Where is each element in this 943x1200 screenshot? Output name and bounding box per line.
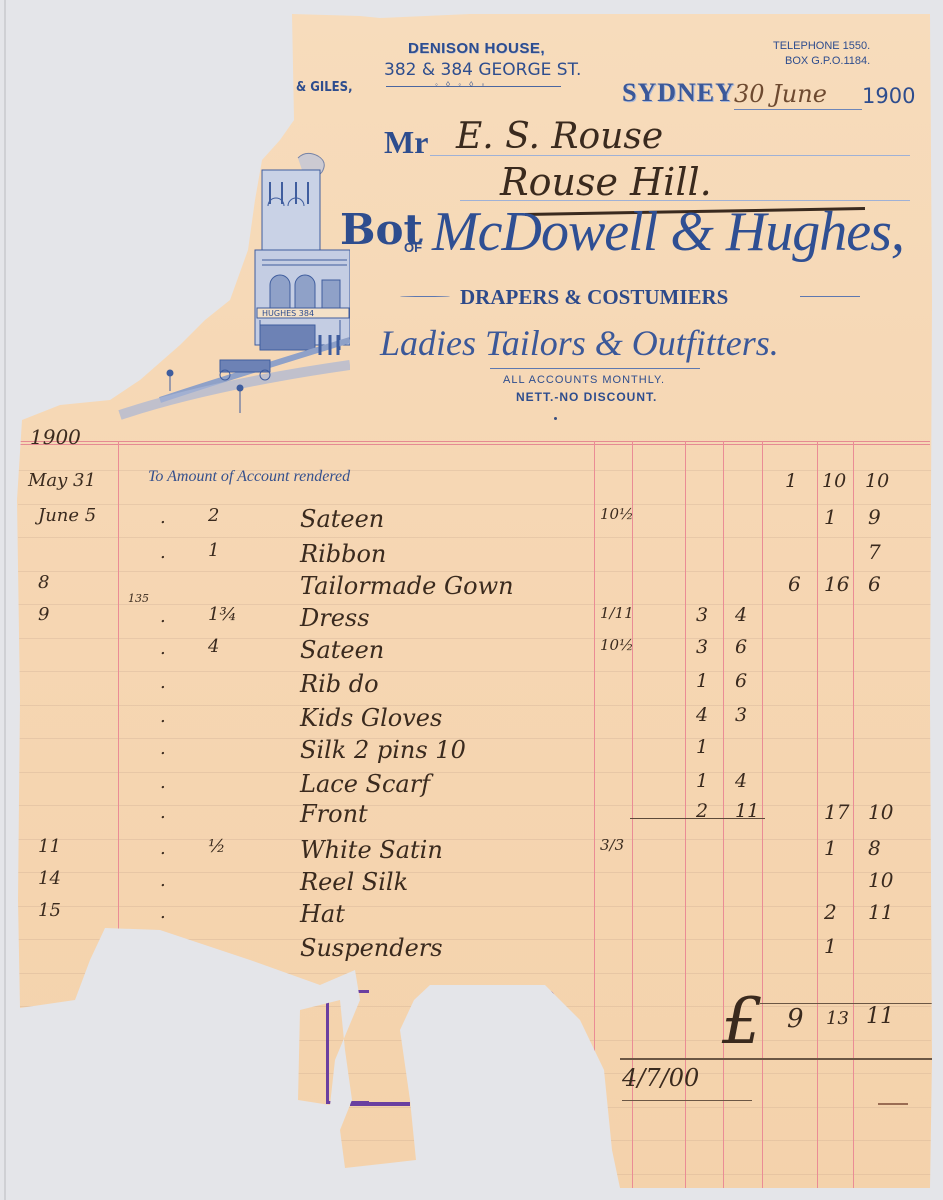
item-date: 11 (38, 836, 61, 857)
trade-line-tailors: Ladies Tailors & Outfitters. (380, 322, 779, 364)
item-total-shillings: 1 (824, 934, 837, 958)
item-total-shillings: 1 (824, 505, 837, 529)
sub-pence-rule (723, 441, 724, 1200)
item-quantity: ½ (208, 836, 225, 857)
item-total-pence: 7 (868, 540, 881, 564)
item-quantity: 1¾ (208, 604, 237, 625)
margin-note: 135 (128, 592, 149, 605)
item-subtotal-shillings: 1 (696, 770, 708, 792)
faint-rule-line (18, 638, 931, 639)
terms-monthly: ALL ACCOUNTS MONTHLY. (503, 374, 665, 386)
shop-building-engraving: HUGHES 384 (110, 140, 350, 420)
item-date: 14 (38, 868, 61, 889)
ditto-dot: . (160, 902, 166, 923)
item-subtotal-shillings: 4 (696, 704, 708, 726)
ditto-dot: . (160, 507, 166, 528)
ledger-year: 1900 (30, 425, 81, 449)
invoice-paper: & GILES, DENISON HOUSE, 382 & 384 GEORGE… (0, 0, 943, 1200)
total-bottom-rule (620, 1058, 932, 1060)
ditto-dot: . (160, 838, 166, 859)
date-underline (734, 109, 862, 110)
faint-rule-line (18, 772, 931, 773)
item-date: 8 (38, 572, 49, 593)
item-date: 15 (38, 900, 61, 921)
subtotal-rule (630, 818, 765, 819)
item-rate: 10½ (600, 505, 634, 523)
account-rendered-shillings: 10 (822, 470, 846, 492)
ditto-dot: . (160, 706, 166, 727)
total-shillings-rule (817, 441, 818, 1200)
faint-rule-line (18, 1174, 931, 1175)
account-rendered-label: To Amount of Account rendered (148, 468, 350, 486)
item-rate: 3/3 (600, 836, 624, 854)
scan-edge (4, 0, 6, 1200)
item-subtotal-pence: 3 (735, 704, 747, 726)
item-subtotal-pence: 6 (735, 636, 747, 658)
item-description: Rib do (300, 670, 379, 698)
item-description: Lace Scarf (300, 770, 430, 798)
paid-stamp-bar (350, 1102, 410, 1106)
faint-rule-line (18, 705, 931, 706)
bought-of-suffix: OF (404, 240, 422, 255)
item-rate: 10½ (600, 636, 634, 654)
flourish-right (800, 296, 860, 297)
header-rule-bottom (18, 444, 930, 445)
item-description: Sateen (300, 636, 384, 664)
ditto-dot: . (160, 936, 166, 957)
item-quantity: 1 (208, 540, 219, 561)
item-description: Suspenders (300, 934, 443, 962)
total-pence-rule (853, 441, 854, 1200)
ditto-dot: . (160, 638, 166, 659)
item-description: Sateen (300, 505, 384, 533)
item-date: 9 (38, 604, 49, 625)
firm-name: McDowell & Hughes, (432, 200, 904, 264)
item-total-pence: 9 (868, 505, 881, 529)
faint-rule-line (18, 1040, 931, 1041)
pound-symbol: £ (722, 985, 763, 1059)
item-total-pence: 8 (868, 836, 881, 860)
item-total-pounds: 6 (788, 572, 801, 596)
item-description: Ribbon (300, 540, 386, 568)
faint-rule-line (18, 1073, 931, 1074)
total-pounds: 9 (787, 1004, 804, 1034)
total-shillings: 13 (826, 1008, 849, 1029)
item-rate: 1/11 (600, 604, 634, 622)
faint-rule-line (18, 906, 931, 907)
account-rendered-pence: 10 (865, 470, 889, 492)
po-box: BOX G.P.O.1184. (785, 55, 870, 67)
item-total-shillings: 17 (824, 800, 849, 824)
item-subtotal-pence: 4 (735, 604, 747, 626)
total-pence: 11 (866, 1004, 894, 1029)
customer-name: E. S. Rouse (456, 116, 663, 157)
faint-rule-line (18, 1107, 931, 1108)
item-total-shillings: 2 (824, 900, 837, 924)
terms-rule (490, 368, 700, 369)
salutation-prefix: Mr (384, 124, 428, 161)
item-subtotal-pence: 4 (735, 770, 747, 792)
faint-rule-line (18, 805, 931, 806)
faint-rule-line (18, 738, 931, 739)
total-pounds-rule (762, 441, 763, 1200)
city-name: SYDNEY (622, 78, 735, 108)
item-description: Front (300, 800, 368, 828)
telephone-number: TELEPHONE 1550. (773, 40, 870, 52)
street-address: 382 & 384 GEORGE ST. (384, 60, 581, 80)
paid-date: 4/7/00 (622, 1064, 699, 1092)
paid-stamp-fragment-right (518, 990, 555, 1013)
ditto-dot: . (160, 672, 166, 693)
faint-rule-line (18, 671, 931, 672)
item-total-pence: 11 (868, 900, 893, 924)
date-column-rule (118, 441, 119, 1001)
item-total-pence: 10 (868, 868, 893, 892)
ditto-dot: . (160, 772, 166, 793)
svg-text:HUGHES 384: HUGHES 384 (262, 309, 314, 318)
item-quantity: 2 (208, 505, 219, 526)
faint-rule-line (18, 604, 931, 605)
item-date: June 5 (38, 505, 96, 526)
header-rule-top (18, 441, 930, 442)
item-subtotal-shillings: 3 (696, 636, 708, 658)
ditto-dot: . (160, 802, 166, 823)
paid-date-underline (622, 1100, 752, 1101)
ditto-dot: . (160, 738, 166, 759)
faint-rule-line (18, 939, 931, 940)
item-description: White Satin (300, 836, 443, 864)
item-description: Kids Gloves (300, 704, 442, 732)
faint-rule-line (18, 537, 931, 538)
item-quantity: 4 (208, 636, 219, 657)
item-subtotal-shillings: 3 (696, 604, 708, 626)
partial-firm-name: & GILES, (296, 80, 353, 95)
account-rendered-pounds: 1 (785, 470, 797, 492)
item-total-shillings: 16 (824, 572, 849, 596)
pencil-mark (878, 1103, 908, 1105)
item-subtotal-shillings: 1 (696, 670, 708, 692)
faint-rule-line (18, 504, 931, 505)
item-total-pence: 10 (868, 800, 893, 824)
item-total-shillings: 1 (824, 836, 837, 860)
total-top-rule (760, 1003, 932, 1004)
flourish-left (400, 296, 450, 297)
item-total-pence: 6 (868, 572, 881, 596)
item-description: Dress (300, 604, 370, 632)
account-rendered-date: May 31 (28, 470, 96, 491)
faint-rule-line (18, 839, 931, 840)
terms-dot (554, 417, 557, 420)
item-description: Hat (300, 900, 345, 928)
faint-rule-line (18, 973, 931, 974)
item-description: Silk 2 pins 10 (300, 736, 466, 764)
item-description: Tailormade Gown (300, 572, 514, 600)
faint-rule-line (18, 1140, 931, 1141)
faint-rule-line (18, 872, 931, 873)
trade-line-drapers: DRAPERS & COSTUMIERS (460, 285, 728, 310)
item-subtotal-shillings: 1 (696, 736, 708, 758)
address-ornament: ◦ ◊ ◦ ◊ ◦ (435, 80, 487, 89)
invoice-date-handwritten: 30 June (734, 80, 827, 108)
customer-address: Rouse Hill. (500, 160, 712, 204)
invoice-year: 1900 (862, 84, 915, 108)
customer-name-line (430, 155, 910, 156)
building-name: DENISON HOUSE, (408, 40, 545, 57)
terms-no-discount: NETT.-NO DISCOUNT. (516, 390, 657, 404)
ditto-dot: . (160, 870, 166, 891)
rate-column-rule-left (594, 441, 595, 1200)
item-subtotal-pence: 6 (735, 670, 747, 692)
item-description: Reel Silk (300, 868, 408, 896)
ditto-dot: . (160, 542, 166, 563)
ditto-dot: . (160, 606, 166, 627)
paid-stamp-fragment-left (326, 990, 369, 1104)
